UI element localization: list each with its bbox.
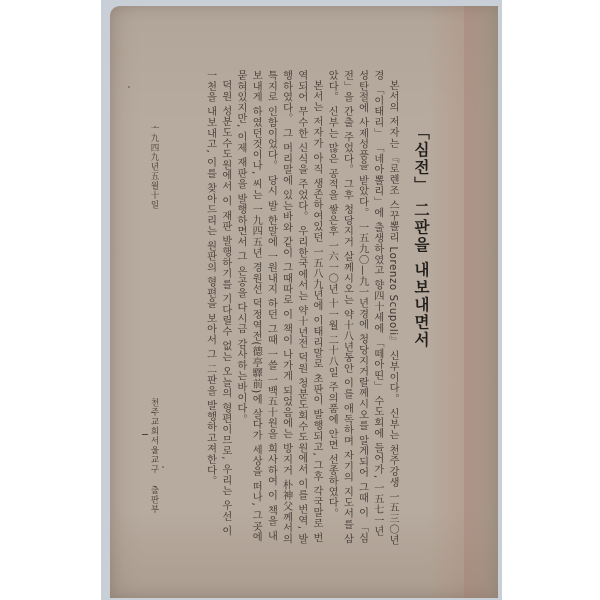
page-title: 「심전」 二판을 내보내면서 (410, 124, 432, 349)
book-page: 「심전」 二판을 내보내면서 본서의 저자는 『로렌조 스꾸뽈리 Lorenzo… (110, 6, 498, 598)
publisher-signature: 천주교회서울교구 출판부 (148, 398, 160, 514)
paragraph-publication-history: 본서는 저자가 아직 생존하여있던 一五八九년에 이태리말로 초판이 발행되고,… (233, 70, 324, 548)
preface-date: 一九四九년五월十일 (148, 124, 160, 210)
publisher-dept: 출판부 (149, 486, 159, 515)
publisher-org: 천주교회서울교구 (149, 398, 159, 474)
paragraph-second-edition: 덕원 성분도수도원에서 이 재판 발행하기를 기다릴수 없는 오늘의 형편이므로… (202, 70, 232, 548)
page-spine-shadow (464, 6, 498, 598)
paper-speck (162, 466, 164, 468)
page-mark (142, 434, 148, 435)
paper-speck (154, 126, 156, 128)
paper-speck (128, 86, 130, 88)
paragraph-author-bio: 본서의 저자는 『로렌조 스꾸뽈리 Lorenzo Scupoli』 신부이다。… (324, 70, 400, 548)
preface-body: 본서의 저자는 『로렌조 스꾸뽈리 Lorenzo Scupoli』 신부이다。… (202, 70, 400, 548)
